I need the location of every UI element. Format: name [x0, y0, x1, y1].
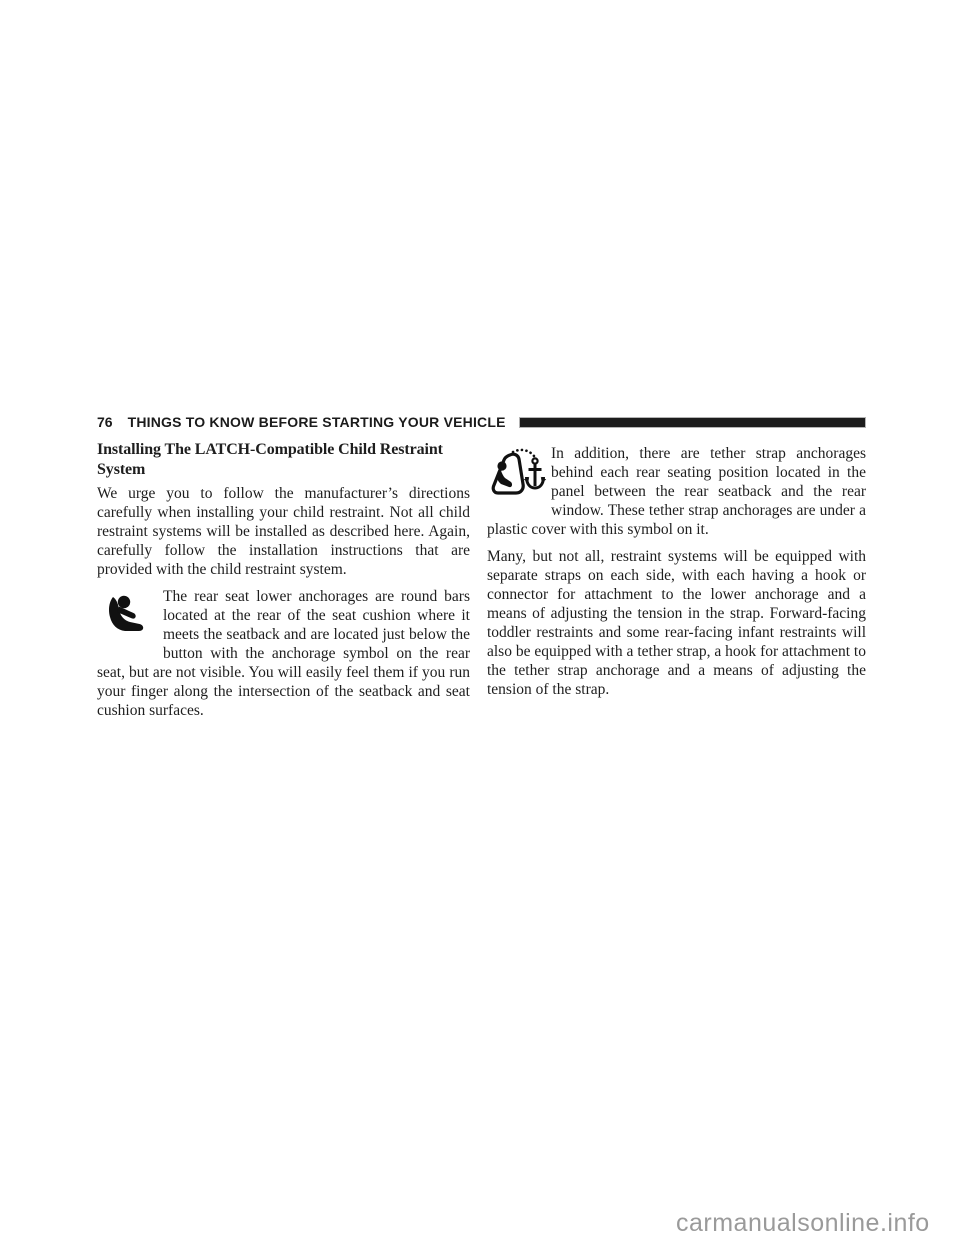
left-column: Installing The LATCH-Compatible Child Re…	[97, 440, 470, 728]
paragraph-straps: Many, but not all, restraint systems wil…	[487, 547, 866, 699]
watermark: carmanualsonline.info	[676, 1209, 930, 1238]
paragraph-lower-anchorages: The rear seat lower anchorages are round…	[97, 587, 470, 720]
tether-anchor-icon	[487, 444, 551, 520]
paragraph-intro: We urge you to follow the manufacturer’s…	[97, 484, 470, 579]
page-number: 76	[97, 414, 113, 431]
page-header: 76 THINGS TO KNOW BEFORE STARTING YOUR V…	[97, 414, 866, 431]
header-title: THINGS TO KNOW BEFORE STARTING YOUR VEHI…	[128, 414, 506, 431]
paragraph-tether-anchorages: In addition, there are tether strap anch…	[487, 444, 866, 539]
right-column: In addition, there are tether strap anch…	[487, 444, 866, 707]
header-rule	[519, 417, 866, 428]
section-heading: Installing The LATCH-Compatible Child Re…	[97, 440, 470, 479]
child-seat-lower-anchorage-icon	[97, 587, 163, 663]
